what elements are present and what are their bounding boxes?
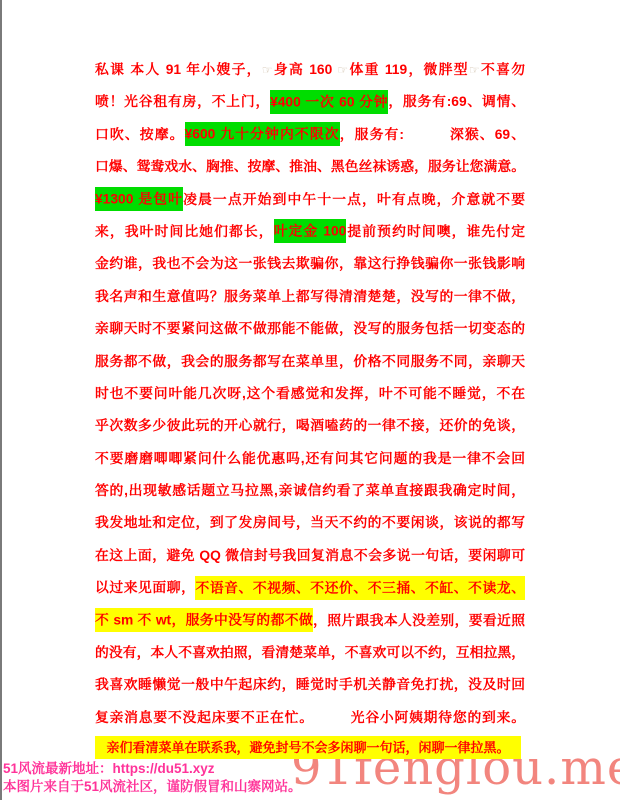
text-run xyxy=(307,710,351,725)
text-run: 身高 160 xyxy=(273,62,338,77)
text-run: ，服务有:69、调情、 xyxy=(388,94,525,109)
text-run: 时也不要问叶能几次呀,这个看感觉和发挥，叶不可能不睡觉，不在 xyxy=(95,386,525,401)
source-url: 51风流最新地址：https://du51.xyz xyxy=(3,760,302,778)
text-run: 亲聊天时不要紧问这做不做那能不能做，没写的服务包括一切变态的 xyxy=(95,321,525,336)
text-line: 在这上面，避免 QQ 微信封号我回复消息不会多说一句话，要闲聊可 xyxy=(95,540,525,572)
text-run: 在这上面，避免 QQ 微信封号我回复消息不会多说一句话，要闲聊可 xyxy=(95,548,525,563)
text-run: 私课 本人 91 年小嫂子， xyxy=(95,62,262,77)
text-line: 喷！光谷租有房，不上门，¥400 一次 60 分钟，服务有:69、调情、 xyxy=(95,86,525,118)
text-line: 不要磨磨唧唧紧问什么能优惠吗,还有问其它问题的我是一律不会回 xyxy=(95,443,525,475)
text-line: 服务都不做，我会的服务都写在菜单里，价格不同服务不同，亲聊天 xyxy=(95,346,525,378)
text-run: 口爆、鸳鸯戏水、胸推、按摩、推油、黑色丝袜诱惑，服务让您满意。 xyxy=(95,159,525,174)
text-run: 体重 119，微胖型 xyxy=(348,62,469,77)
green-highlight: ¥400 一次 60 分钟 xyxy=(270,90,388,114)
text-run: 凌晨一点开始到中午十一点，叶有点晚，介意就不要 xyxy=(183,192,525,207)
text-run: 的没有，本人不喜欢拍照，看清楚菜单，不喜欢可以不约，互相拉黑， xyxy=(95,645,525,660)
text-run: 光谷小阿姨期待您的到来。 xyxy=(351,710,525,725)
green-highlight: 叶定金 100 xyxy=(274,219,347,243)
text-line: 私课 本人 91 年小嫂子，☞身高 160 ☞体重 119，微胖型☞不喜勿 xyxy=(95,54,525,86)
text-run: 复亲消息要不没起床要不正在忙。 xyxy=(95,710,307,725)
text-run: 以过来见面聊， xyxy=(95,580,195,595)
text-line: 口吹、按摩。¥600 九十分钟内不限次，服务有: 深猴、69、 xyxy=(95,119,525,151)
yellow-highlight: 不语音、不视频、不还价、不三捅、不缸、不读龙、 xyxy=(195,576,525,600)
yellow-highlight: 不 sm 不 wt，服务中没写的都不做 xyxy=(95,608,313,632)
text-line: 金约谁，我也不会为这一张钱去欺骗你，靠这行挣钱骗你一张钱影响 xyxy=(95,248,525,280)
text-line: 不 sm 不 wt，服务中没写的都不做，照片跟我本人没差别，要看近照 xyxy=(95,605,525,637)
pointing-hand-icon: ☞ xyxy=(262,63,273,77)
text-run: 金约谁，我也不会为这一张钱去欺骗你，靠这行挣钱骗你一张钱影响 xyxy=(95,256,525,271)
ad-text-body: 私课 本人 91 年小嫂子，☞身高 160 ☞体重 119，微胖型☞不喜勿喷！光… xyxy=(95,54,525,734)
source-disclaimer: 本图片来自于51风流社区，谨防假冒和山寨网站。 xyxy=(3,778,302,796)
green-highlight: ¥600 九十分钟内不限次 xyxy=(185,122,340,146)
text-line: 亲聊天时不要紧问这做不做那能不能做，没写的服务包括一切变态的 xyxy=(95,313,525,345)
text-line: 复亲消息要不没起床要不正在忙。 光谷小阿姨期待您的到来。 xyxy=(95,702,525,734)
text-line: 时也不要问叶能几次呀,这个看感觉和发挥，叶不可能不睡觉，不在 xyxy=(95,378,525,410)
footer-notice: 亲们看清菜单在联系我，避免封号不会多闲聊一句话，闲聊一律拉黑。 xyxy=(95,736,521,759)
text-run: 服务都不做，我会的服务都写在菜单里，价格不同服务不同，亲聊天 xyxy=(95,354,525,369)
text-run: 我名声和生意值吗？服务菜单上都写得清清楚楚，没写的一律不做， xyxy=(95,289,525,304)
window-left-edge xyxy=(0,0,2,800)
text-run: 来，我叶时间比她们都长， xyxy=(95,224,274,239)
text-run: 答的,出现敏感话题立马拉黑,亲诚信约看了菜单直接跟我确定时间， xyxy=(95,483,525,498)
text-run: 提前预约时间噢，谁先付定 xyxy=(346,224,525,239)
text-run: 喷！光谷租有房，不上门， xyxy=(95,94,270,109)
text-line: ¥1300 是包叶凌晨一点开始到中午十一点，叶有点晚，介意就不要 xyxy=(95,184,525,216)
text-line: 来，我叶时间比她们都长，叶定金 100提前预约时间噢，谁先付定 xyxy=(95,216,525,248)
text-run: 我发地址和定位，到了发房间号，当天不约的不要闲谈，该说的都写 xyxy=(95,515,525,530)
text-line: 答的,出现敏感话题立马拉黑,亲诚信约看了菜单直接跟我确定时间， xyxy=(95,475,525,507)
text-run: ，服务有: 深猴、69、 xyxy=(340,127,525,142)
source-info: 51风流最新地址：https://du51.xyz 本图片来自于51风流社区，谨… xyxy=(3,760,302,796)
text-run: 不喜勿 xyxy=(480,62,525,77)
text-line: 我发地址和定位，到了发房间号，当天不约的不要闲谈，该说的都写 xyxy=(95,507,525,539)
text-run: 不要磨磨唧唧紧问什么能优惠吗,还有问其它问题的我是一律不会回 xyxy=(95,451,525,466)
text-run: 我喜欢睡懒觉一般中午起床约，睡觉时手机关静音免打扰，没及时回 xyxy=(95,677,525,692)
text-run: 口吹、按摩。 xyxy=(95,127,185,142)
green-highlight: ¥1300 是包叶 xyxy=(95,187,183,211)
pointing-hand-icon: ☞ xyxy=(469,63,480,77)
text-run: ，照片跟我本人没差别，要看近照 xyxy=(313,613,525,628)
text-line: 乎次数多少彼此玩的开心就行，喝酒嗑药的一律不接，还价的免谈， xyxy=(95,410,525,442)
pointing-hand-icon: ☞ xyxy=(337,63,348,77)
text-line: 我喜欢睡懒觉一般中午起床约，睡觉时手机关静音免打扰，没及时回 xyxy=(95,669,525,701)
page: { "page": { "background": "#ffffff", "te… xyxy=(0,0,620,800)
text-line: 口爆、鸳鸯戏水、胸推、按摩、推油、黑色丝袜诱惑，服务让您满意。 xyxy=(95,151,525,183)
text-run: 乎次数多少彼此玩的开心就行，喝酒嗑药的一律不接，还价的免谈， xyxy=(95,418,525,433)
text-line: 的没有，本人不喜欢拍照，看清楚菜单，不喜欢可以不约，互相拉黑， xyxy=(95,637,525,669)
text-line: 我名声和生意值吗？服务菜单上都写得清清楚楚，没写的一律不做， xyxy=(95,281,525,313)
text-line: 以过来见面聊，不语音、不视频、不还价、不三捅、不缸、不读龙、 xyxy=(95,572,525,604)
